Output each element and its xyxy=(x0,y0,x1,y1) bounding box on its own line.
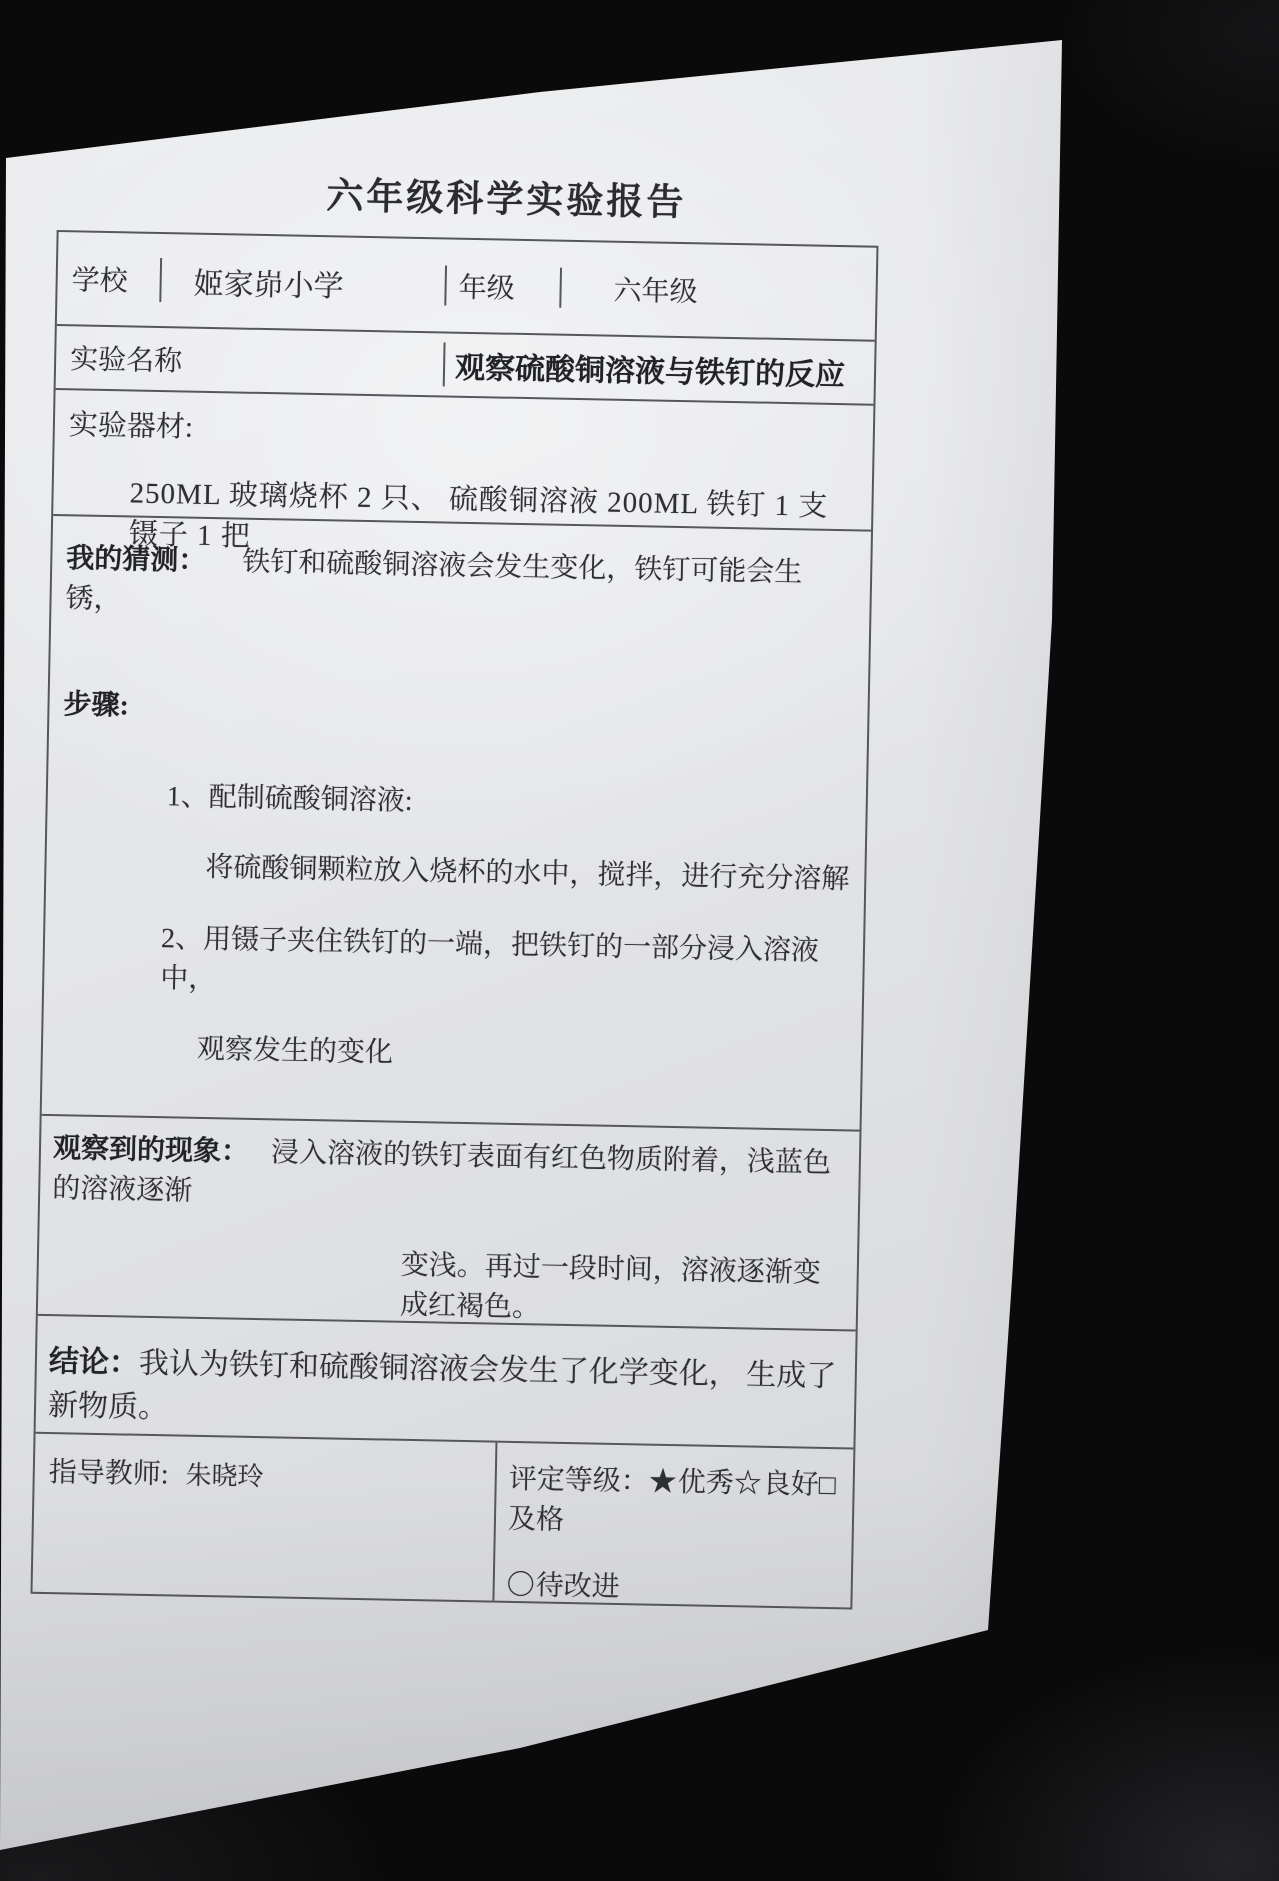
footer-row: 指导教师: 朱晓玲 评定等级：★优秀☆良好□及格 〇待改进 xyxy=(33,1432,854,1608)
star-outline-icon: ☆ xyxy=(733,1468,762,1500)
teacher-name: 朱晓玲 xyxy=(185,1461,264,1491)
report-table: 学校 姬家峁小学 年级 六年级 实验名称 观察硫酸铜溶液与铁钉的反应 实验器材:… xyxy=(30,230,878,1610)
experiment-name-label-cell: 实验名称 xyxy=(56,337,444,384)
photo-background: { "doc": { "title": "六年级科学实验报告", "header… xyxy=(0,0,1279,1881)
materials-list: 250ML 玻璃烧杯 2 只、 硫酸铜溶液 200ML 铁钉 1 支 镊子 1 … xyxy=(128,470,857,566)
observations-line-1: 观察到的现象：浸入溶液的铁钉表面有红色物质附着，浅蓝色的溶液逐渐 xyxy=(52,1126,847,1221)
conclusion-label: 结论： xyxy=(49,1345,140,1380)
rating-cell: 评定等级：★优秀☆良好□及格 〇待改进 xyxy=(492,1443,853,1608)
materials-label: 实验器材: xyxy=(69,402,860,458)
conclusion-text: 我认为铁钉和硫酸铜溶液会发生了化学变化， 生成了新物质。 xyxy=(48,1347,837,1425)
rating-line-1: 评定等级：★优秀☆良好□及格 xyxy=(508,1457,853,1544)
hypothesis-and-steps-row: 我的猜测：铁钉和硫酸铜溶液会发生变化，铁钉可能会生锈， 步骤: 1、配制硫酸铜溶… xyxy=(42,514,871,1130)
observations-text-2: 变浅。再过一段时间，溶液逐渐变成红褐色。 xyxy=(400,1243,845,1332)
header-row: 学校 姬家峁小学 年级 六年级 xyxy=(57,232,877,340)
grade-value-cell: 六年级 xyxy=(559,268,876,314)
report-title: 六年级科学实验报告 xyxy=(95,161,918,231)
observations-label: 观察到的现象： xyxy=(53,1133,250,1168)
school-value-cell: 姬家峁小学 xyxy=(159,258,445,307)
school-label-cell: 学校 xyxy=(57,258,160,300)
step-line-4: 观察发生的变化 xyxy=(197,1027,848,1079)
rating-option-excellent: 优秀 xyxy=(677,1467,734,1499)
observations-row: 观察到的现象：浸入溶液的铁钉表面有红色物质附着，浅蓝色的溶液逐渐 变浅。再过一段… xyxy=(38,1114,860,1330)
rating-option-pass: 及格 xyxy=(508,1504,565,1536)
hypothesis-label: 我的猜测： xyxy=(66,543,207,577)
paper-sheet: 六年级科学实验报告 学校 姬家峁小学 年级 六年级 实验名称 观察硫酸铜溶液与铁… xyxy=(0,0,1279,1881)
hypothesis-line: 我的猜测：铁钉和硫酸铜溶液会发生变化，铁钉可能会生锈， xyxy=(65,536,856,631)
rating-option-good: 良好 xyxy=(762,1469,819,1501)
circle-icon: 〇 xyxy=(506,1570,535,1602)
square-checkbox-icon: □ xyxy=(818,1470,836,1501)
teacher-cell: 指导教师: 朱晓玲 xyxy=(33,1434,496,1601)
conclusion-row: 结论：我认为铁钉和硫酸铜溶液会发生了化学变化， 生成了新物质。 xyxy=(36,1314,856,1448)
report-content: 六年级科学实验报告 学校 姬家峁小学 年级 六年级 实验名称 观察硫酸铜溶液与铁… xyxy=(30,160,879,1610)
rating-option-improve: 待改进 xyxy=(535,1570,620,1603)
step-line-3: 2、用镊子夹住铁钉的一端，把铁钉的一部分浸入溶液中， xyxy=(160,916,849,1009)
grade-label-cell: 年级 xyxy=(444,265,560,307)
materials-row: 实验器材: 250ML 玻璃烧杯 2 只、 硫酸铜溶液 200ML 铁钉 1 支… xyxy=(53,388,873,530)
teacher-label: 指导教师: xyxy=(49,1457,169,1490)
rating-line-2: 〇待改进 xyxy=(506,1563,851,1610)
observations-text-1: 浸入溶液的铁钉表面有红色物质附着，浅蓝色的溶液逐渐 xyxy=(52,1137,831,1206)
experiment-name-row: 实验名称 观察硫酸铜溶液与铁钉的反应 xyxy=(56,324,875,404)
steps-label: 步骤: xyxy=(63,682,854,737)
step-line-1: 1、配制硫酸铜溶液: xyxy=(166,774,852,827)
step-line-2: 将硫酸铜颗粒放入烧杯的水中，搅拌，进行充分溶解 xyxy=(205,845,851,897)
experiment-name-value-cell: 观察硫酸铜溶液与铁钉的反应 xyxy=(443,342,875,394)
star-filled-icon: ★ xyxy=(648,1467,677,1499)
hypothesis-text: 铁钉和硫酸铜溶液会发生变化，铁钉可能会生锈， xyxy=(65,547,802,616)
rating-label: 评定等级： xyxy=(508,1464,649,1498)
